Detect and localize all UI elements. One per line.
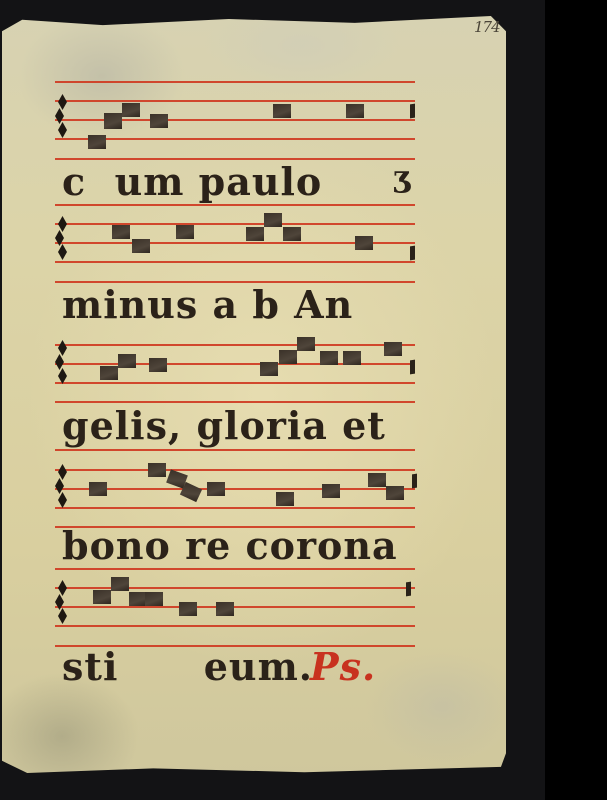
staff-line: [55, 507, 415, 509]
neume-note: [297, 337, 315, 351]
neume-note: [118, 354, 136, 368]
neume-note: [176, 225, 194, 239]
neume-note: [320, 351, 338, 365]
staff-line: [55, 587, 415, 589]
staff-line: [55, 138, 415, 140]
neume-note: [132, 239, 150, 253]
neume-note: [246, 227, 264, 241]
staff-line: [55, 100, 415, 102]
staff-line: [55, 382, 415, 384]
c-clef-icon: [58, 216, 72, 264]
neume-note: [104, 113, 122, 129]
neume-note: [150, 114, 168, 128]
lyric-line-1: c um paulo: [62, 163, 322, 201]
neume-note: [283, 227, 301, 241]
neume-note: [216, 602, 234, 616]
custos-mark: [410, 246, 415, 261]
custos-mark: [412, 474, 417, 489]
neume-note: [88, 135, 106, 149]
c-clef-icon: [58, 464, 72, 512]
neume-note: [89, 482, 107, 496]
staff-line: [55, 469, 415, 471]
neume-note: [207, 482, 225, 496]
staff-line: [55, 488, 415, 490]
custos-mark: [410, 104, 415, 119]
neume-note: [355, 236, 373, 250]
lyric-line-4: bono re corona: [62, 527, 398, 565]
neume-note: [386, 486, 404, 500]
c-clef-icon: [58, 94, 72, 142]
neume-note: [264, 213, 282, 227]
staff-line: [55, 344, 415, 346]
folio-number: 174: [474, 18, 500, 36]
neume-note: [122, 103, 140, 117]
psalm-rubric: Ps.: [310, 648, 376, 686]
neume-note: [368, 473, 386, 487]
staff-line: [55, 261, 415, 263]
staff-line: [55, 223, 415, 225]
staff-line: [55, 625, 415, 627]
custos-mark: [410, 360, 415, 375]
lyric-line-3: gelis, gloria et: [62, 407, 386, 445]
neume-note: [111, 577, 129, 591]
neume-note: [276, 492, 294, 506]
c-clef-icon: [58, 580, 72, 628]
custos-mark: [406, 582, 411, 597]
staff-line: [55, 606, 415, 608]
neume-note: [100, 366, 118, 380]
neume-note: [273, 104, 291, 118]
neume-note: [149, 358, 167, 372]
neume-note: [384, 342, 402, 356]
lyric-line-5: sti eum.: [62, 648, 313, 686]
neume-note: [343, 351, 361, 365]
staff-line: [55, 81, 415, 83]
neume-note: [279, 350, 297, 364]
neume-note: [93, 590, 111, 604]
neume-note: [346, 104, 364, 118]
line-end-mark: ʒ: [393, 163, 411, 193]
c-clef-icon: [58, 340, 72, 388]
neume-note: [112, 225, 130, 239]
staff-line: [55, 204, 415, 206]
neume-note: [145, 592, 163, 606]
neume-note: [322, 484, 340, 498]
text-baseline: [55, 568, 415, 570]
neume-note: [260, 362, 278, 376]
neume-note: [148, 463, 166, 477]
lyric-line-2: minus a b An: [62, 286, 353, 324]
neume-note: [179, 602, 197, 616]
text-baseline: [55, 449, 415, 451]
staff-line: [55, 363, 415, 365]
